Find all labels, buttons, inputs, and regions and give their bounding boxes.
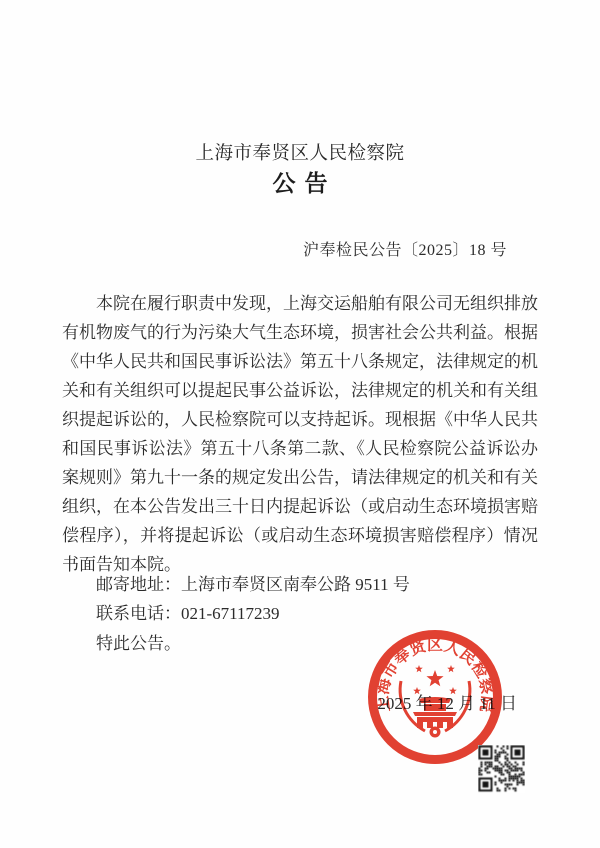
qr-code <box>478 745 525 793</box>
org-title: 上海市奉贤区人民检察院 <box>0 139 600 165</box>
mailing-address-line: 邮寄地址：上海市奉贤区南奉公路 9511 号 <box>62 574 538 596</box>
gate-arch <box>443 722 447 728</box>
announcement-document: 上海市奉贤区人民检察院 公告 沪奉检民公告〔2025〕18 号 本院在履行职责中… <box>0 0 600 848</box>
gate-roof <box>419 697 451 703</box>
phone-line: 联系电话：021-67117239 <box>62 603 538 625</box>
emblem-small-star-icon <box>415 665 423 672</box>
body-paragraph: 本院在履行职责中发现，上海交运船舶有限公司无组织排放有机物废气的行为污染大气生态… <box>62 289 538 579</box>
doc-number: 沪奉检民公告〔2025〕18 号 <box>303 237 507 260</box>
gate-body <box>424 704 446 711</box>
phone-value: 021-67117239 <box>181 604 280 623</box>
mailing-address-value: 上海市奉贤区南奉公路 9511 号 <box>181 575 410 594</box>
emblem-small-star-icon <box>413 687 421 694</box>
phone-label: 联系电话： <box>96 604 181 623</box>
emblem-big-star-icon <box>426 670 443 686</box>
national-emblem-icon <box>400 665 470 738</box>
mailing-address-label: 邮寄地址： <box>96 575 181 594</box>
emblem-small-star-icon <box>447 665 455 672</box>
gate-lower-roof <box>413 712 457 716</box>
doc-title: 公告 <box>0 165 600 198</box>
emblem-small-star-icon <box>449 687 457 694</box>
gate-arch <box>423 722 427 728</box>
